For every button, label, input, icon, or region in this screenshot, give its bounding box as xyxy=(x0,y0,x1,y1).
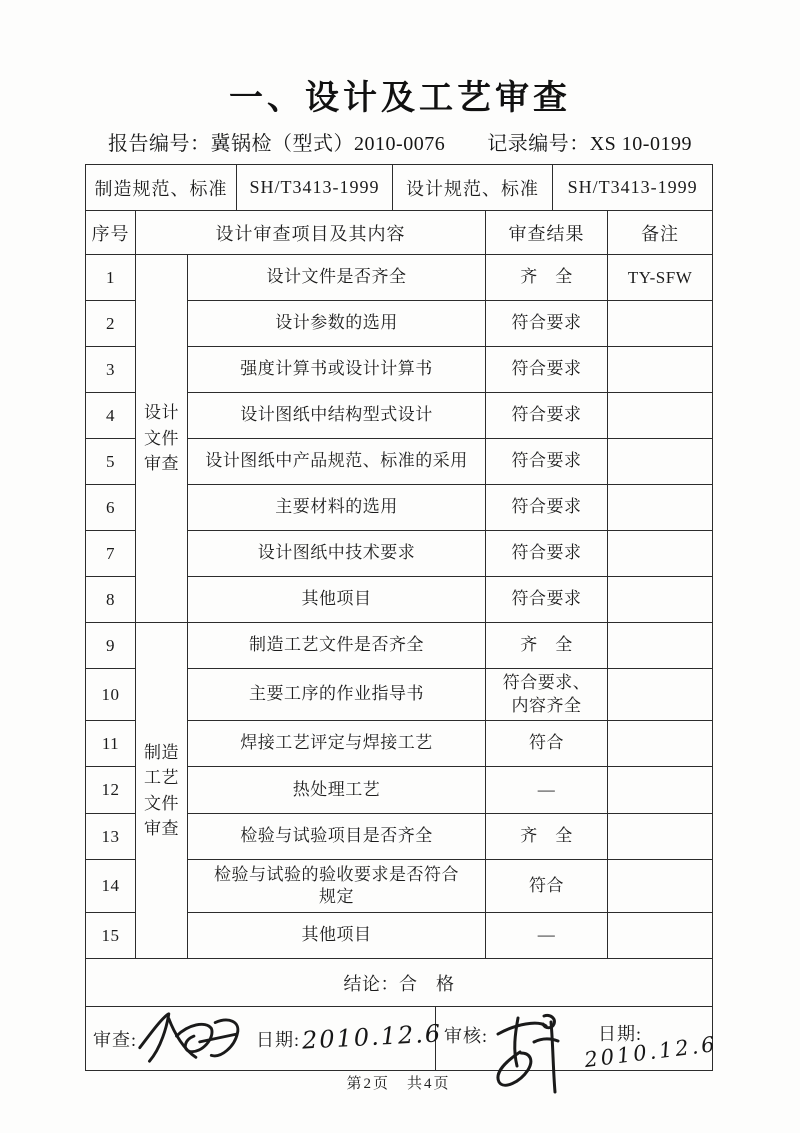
design-standard-value: SH/T3413-1999 xyxy=(553,165,713,211)
row-seq: 13 xyxy=(86,814,136,860)
row-item: 检验与试验的验收要求是否符合 规定 xyxy=(188,860,486,913)
row-item: 强度计算书或设计计算书 xyxy=(188,347,486,393)
row-remark xyxy=(608,393,713,439)
row-item: 主要材料的选用 xyxy=(188,485,486,531)
row-result: 齐 全 xyxy=(486,814,608,860)
reviewer-date-value: 2010.12.6 xyxy=(301,1019,442,1054)
document-numbers-line: 报告编号：冀锅检（型式）2010-0076记录编号：XS 10-0199 xyxy=(0,127,800,156)
row-result: 符合要求、 内容齐全 xyxy=(486,669,608,721)
row-result: — xyxy=(486,767,608,814)
row-result: 齐 全 xyxy=(486,255,608,301)
design-standard-label: 设计规范、标准 xyxy=(393,165,553,211)
row-result: 符合要求 xyxy=(486,485,608,531)
row-result: 符合要求 xyxy=(486,347,608,393)
row-seq: 1 xyxy=(86,255,136,301)
row-item: 其他项目 xyxy=(188,577,486,623)
row-result: 符合 xyxy=(486,860,608,913)
table-row: 1 设计 文件 审查 设计文件是否齐全 齐 全 TY-SFW xyxy=(86,255,713,301)
conclusion-cell: 结论：合 格 xyxy=(86,959,713,1007)
row-seq: 8 xyxy=(86,577,136,623)
row-seq: 2 xyxy=(86,301,136,347)
review-table: 制造规范、标准 SH/T3413-1999 设计规范、标准 SH/T3413-1… xyxy=(85,164,713,1071)
row-item: 主要工序的作业指导书 xyxy=(188,669,486,721)
reviewer-signature xyxy=(132,1009,252,1067)
table-row: 9 制造 工艺 文件 审查 制造工艺文件是否齐全 齐 全 xyxy=(86,623,713,669)
group-process-file-review: 制造 工艺 文件 审查 xyxy=(136,623,188,959)
row-seq: 14 xyxy=(86,860,136,913)
reviewer-label: 审查: xyxy=(93,1026,137,1052)
row-seq: 12 xyxy=(86,767,136,814)
col-header-item: 设计审查项目及其内容 xyxy=(136,211,486,255)
row-item: 检验与试验项目是否齐全 xyxy=(188,814,486,860)
row-remark xyxy=(608,814,713,860)
row-seq: 11 xyxy=(86,721,136,767)
row-result: 齐 全 xyxy=(486,623,608,669)
row-remark: TY-SFW xyxy=(608,255,713,301)
row-seq: 9 xyxy=(86,623,136,669)
record-number-value: XS 10-0199 xyxy=(590,133,692,155)
row-result: — xyxy=(486,913,608,959)
row-item: 设计文件是否齐全 xyxy=(188,255,486,301)
report-number-label: 报告编号： xyxy=(108,133,211,155)
manufacture-standard-value: SH/T3413-1999 xyxy=(237,165,393,211)
reviewer-cell: 审查: 日期: 2010.12.6 xyxy=(86,1007,436,1071)
row-remark xyxy=(608,485,713,531)
row-item: 设计图纸中产品规范、标准的采用 xyxy=(188,439,486,485)
row-item: 焊接工艺评定与焊接工艺 xyxy=(188,721,486,767)
col-header-result: 审查结果 xyxy=(486,211,608,255)
row-item: 设计图纸中技术要求 xyxy=(188,531,486,577)
row-remark xyxy=(608,767,713,814)
row-seq: 10 xyxy=(86,669,136,721)
row-result: 符合要求 xyxy=(486,531,608,577)
scanned-document-page: 一、设计及工艺审查 报告编号：冀锅检（型式）2010-0076记录编号：XS 1… xyxy=(0,0,800,1133)
col-header-remark: 备注 xyxy=(608,211,713,255)
row-seq: 3 xyxy=(86,347,136,393)
row-remark xyxy=(608,721,713,767)
row-seq: 6 xyxy=(86,485,136,531)
row-item: 热处理工艺 xyxy=(188,767,486,814)
auditor-label: 审核: xyxy=(444,1022,488,1048)
row-remark xyxy=(608,860,713,913)
row-result: 符合要求 xyxy=(486,577,608,623)
row-item: 设计图纸中结构型式设计 xyxy=(188,393,486,439)
col-header-seq: 序号 xyxy=(86,211,136,255)
reviewer-date-label: 日期: xyxy=(256,1026,300,1052)
row-seq: 7 xyxy=(86,531,136,577)
row-result: 符合要求 xyxy=(486,301,608,347)
row-remark xyxy=(608,669,713,721)
row-item: 设计参数的选用 xyxy=(188,301,486,347)
group-design-file-review: 设计 文件 审查 xyxy=(136,255,188,623)
row-remark xyxy=(608,439,713,485)
signoff-row: 审查: 日期: 2010.12.6 审核: xyxy=(86,1007,713,1071)
row-remark xyxy=(608,347,713,393)
conclusion-row: 结论：合 格 xyxy=(86,959,713,1007)
report-number-value: 冀锅检（型式）2010-0076 xyxy=(211,133,446,155)
row-remark xyxy=(608,531,713,577)
page-number-footer: 第2页 共4页 xyxy=(85,1072,712,1093)
row-item: 其他项目 xyxy=(188,913,486,959)
record-number-label: 记录编号： xyxy=(487,133,590,155)
column-header-row: 序号 设计审查项目及其内容 审查结果 备注 xyxy=(86,211,713,255)
row-result: 符合 xyxy=(486,721,608,767)
row-result: 符合要求 xyxy=(486,439,608,485)
row-seq: 4 xyxy=(86,393,136,439)
row-remark xyxy=(608,623,713,669)
page-title: 一、设计及工艺审查 xyxy=(0,70,800,119)
manufacture-standard-label: 制造规范、标准 xyxy=(86,165,237,211)
standards-row: 制造规范、标准 SH/T3413-1999 设计规范、标准 SH/T3413-1… xyxy=(86,165,713,211)
auditor-cell: 审核: 日期: 2010.12.6 xyxy=(436,1007,713,1071)
auditor-signature xyxy=(488,1008,580,1094)
row-remark xyxy=(608,577,713,623)
row-result: 符合要求 xyxy=(486,393,608,439)
row-seq: 15 xyxy=(86,913,136,959)
row-seq: 5 xyxy=(86,439,136,485)
conclusion-value: 合 格 xyxy=(399,974,455,994)
row-remark xyxy=(608,301,713,347)
row-item: 制造工艺文件是否齐全 xyxy=(188,623,486,669)
row-remark xyxy=(608,913,713,959)
conclusion-label: 结论： xyxy=(344,974,400,994)
